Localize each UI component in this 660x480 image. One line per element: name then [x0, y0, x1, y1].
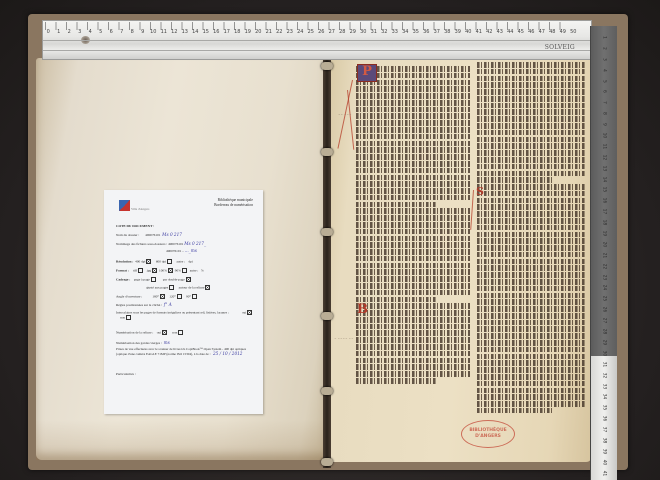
- text-column-right: [477, 62, 585, 416]
- ruler-number: 0: [43, 29, 54, 35]
- prises-paragraph: Prises de vue effectuées avec le scanner…: [116, 347, 254, 356]
- script-line: [477, 150, 585, 156]
- script-line: [477, 293, 585, 299]
- script-line: [477, 306, 585, 312]
- digitization-photo: P S B ~~ ~~~ ~ ~~~~ ~~ BIBLIOTHÈQUE D'AN…: [0, 0, 660, 480]
- ruler-number: 14: [190, 29, 201, 35]
- red-initial: B: [357, 303, 368, 316]
- script-line: [477, 279, 585, 285]
- script-line: [356, 195, 470, 201]
- script-line: [477, 109, 585, 115]
- binding-knot: [321, 62, 333, 70]
- fmt-unit: %: [201, 268, 204, 272]
- cad-binding: autour de la reliure: [179, 285, 205, 289]
- script-line: [356, 236, 470, 242]
- script-line: [356, 290, 470, 296]
- script-line: [356, 371, 470, 377]
- script-line: [477, 103, 585, 109]
- ruler-number: 19: [243, 29, 254, 35]
- ruler-number: 8: [127, 29, 138, 35]
- cadrage-label: Cadrage :: [116, 277, 130, 281]
- ruler-number: 1: [54, 29, 65, 35]
- checkbox-checked: [168, 268, 173, 273]
- fmt-jpg: jpg: [147, 268, 151, 272]
- ruler-number: 12: [169, 29, 180, 35]
- checkbox: [192, 294, 197, 299]
- script-line: [477, 272, 585, 278]
- gardes-row: Numérisation des gardes vierges : ms: [116, 340, 170, 345]
- ruler-number: 22: [274, 29, 285, 35]
- gardes-label: Numérisation des gardes vierges :: [116, 341, 162, 345]
- script-line: [477, 381, 585, 387]
- dossier-label: Nom du dossier :: [116, 233, 139, 237]
- script-line: [356, 256, 470, 262]
- script-line: [356, 141, 470, 147]
- format-label: Format :: [116, 268, 129, 272]
- script-line: [356, 188, 470, 194]
- script-line: [477, 313, 585, 319]
- script-line: [477, 137, 585, 143]
- binding-knot: [321, 387, 333, 395]
- script-line: [477, 177, 553, 183]
- ruler-number: 25: [306, 29, 317, 35]
- naming-code: 490076101: [166, 249, 181, 253]
- ruler-number: 4: [598, 64, 609, 76]
- ruler-number: 29: [348, 29, 359, 35]
- script-line: [477, 401, 585, 407]
- stamp-line-2: D'ANGERS: [462, 434, 514, 440]
- angle-90: 90°: [186, 294, 191, 298]
- script-line: [477, 245, 585, 251]
- ruler-number: 45: [516, 29, 527, 35]
- ruler-number: 39: [453, 29, 464, 35]
- script-line: [356, 249, 470, 255]
- script-line: [477, 198, 585, 204]
- intercal-label: Intercalaires sous les pages de formats …: [116, 310, 229, 314]
- script-line: [356, 93, 470, 99]
- ruler-number: 47: [537, 29, 548, 35]
- ruler-number: 17: [222, 29, 233, 35]
- script-line: [356, 303, 470, 309]
- script-line: [477, 232, 585, 238]
- script-line: [356, 351, 470, 357]
- naming-handwritten: ..._ms: [185, 248, 197, 253]
- script-line: [477, 76, 585, 82]
- ruler-number: 26: [316, 29, 327, 35]
- checkbox: [169, 285, 174, 290]
- non-label: non: [172, 330, 177, 334]
- ruler-number: 3: [75, 29, 86, 35]
- ruler-number: 33: [390, 29, 401, 35]
- script-line: [477, 130, 585, 136]
- cadrage-row-2: ajusté aux pages autour de la reliure: [146, 285, 211, 290]
- checkbox-checked: [186, 277, 191, 282]
- binding-knot: [321, 148, 333, 156]
- ruler-number: 10: [148, 29, 159, 35]
- vertical-ruler: 1234567891011121314151617181920212223242…: [590, 26, 617, 480]
- checkbox-checked: [160, 294, 165, 299]
- script-line: [356, 378, 436, 384]
- intercal-row: Intercalaires sous les pages de formats …: [116, 310, 254, 320]
- naming-handwritten: Ms 0 217_: [184, 241, 206, 246]
- ruler-number: 24: [295, 29, 306, 35]
- checkbox: [138, 268, 143, 273]
- ruler-number: 49: [558, 29, 569, 35]
- script-line: [356, 107, 470, 113]
- ruler-number: 46: [526, 29, 537, 35]
- script-line: [356, 181, 470, 187]
- script-line: [477, 299, 585, 305]
- angle-label: Angle d'ouverture :: [116, 294, 142, 298]
- ruler-number: 13: [180, 29, 191, 35]
- checkbox-checked: [205, 285, 210, 290]
- script-line: [477, 164, 585, 170]
- naming-label: Nommage des fichiers sous-dossiers :: [116, 242, 167, 246]
- ruler-number: 11: [159, 29, 170, 35]
- script-line: [477, 143, 585, 149]
- script-line: [356, 202, 436, 208]
- fmt-other: autre :: [190, 268, 199, 272]
- horizontal-ruler: 0123456789101112131415161718192021222324…: [42, 20, 592, 60]
- ruler-number: 27: [327, 29, 338, 35]
- ruler-number: 20: [253, 29, 264, 35]
- regles-label: Règles positionnées sur le cliché :: [116, 303, 162, 307]
- ruler-groove: [43, 50, 591, 51]
- ruler-number: 13: [598, 162, 609, 174]
- script-line: [477, 123, 585, 129]
- script-line: [356, 317, 470, 323]
- ruler-number: 6: [106, 29, 117, 35]
- particularites-label: Particularités :: [116, 372, 136, 376]
- script-line: [477, 408, 553, 414]
- script-line: [477, 286, 585, 292]
- script-line: [477, 157, 585, 163]
- checkbox-checked: [247, 310, 252, 315]
- script-line: [477, 62, 585, 68]
- script-line: [356, 208, 470, 214]
- capture-date-handwritten: 25 / 10 / 2012: [213, 351, 242, 356]
- red-initial: S: [476, 186, 484, 197]
- ruler-number: 15: [201, 29, 212, 35]
- reliure-row: Numérisation de la reliure : oui non: [116, 330, 184, 335]
- angers-logo-icon: [119, 200, 130, 211]
- binding-knot: [321, 458, 333, 466]
- script-line: [356, 222, 470, 228]
- resolution-label: Résolution :: [116, 259, 133, 263]
- checkbox: [151, 277, 156, 282]
- ruler-number: 31: [369, 29, 380, 35]
- decorated-initial: P: [357, 64, 377, 82]
- ruler-number: 41: [598, 467, 609, 479]
- ruler-number: 4: [85, 29, 96, 35]
- ruler-number: 2: [64, 29, 75, 35]
- script-line: [356, 175, 470, 181]
- ruler-number: 44: [505, 29, 516, 35]
- ruler-number: 30: [358, 29, 369, 35]
- ruler-groove: [43, 40, 591, 41]
- library-stamp: BIBLIOTHÈQUE D'ANGERS: [461, 420, 515, 448]
- ruler-number: 40: [598, 456, 609, 468]
- script-line: [477, 354, 585, 360]
- script-line: [477, 225, 585, 231]
- dossier-row: Nom du dossier : 490076101 Ms 0 217: [116, 232, 182, 237]
- ruler-number: 38: [442, 29, 453, 35]
- non-label: non: [120, 315, 125, 319]
- format-row: Format : tiff jpg 100% 90% autre : %: [116, 268, 204, 273]
- res-unit: dpi: [188, 259, 192, 263]
- script-line: [477, 211, 585, 217]
- cadrage-row: Cadrage : page à page par double-page: [116, 277, 192, 282]
- script-line: [356, 147, 470, 153]
- ruler-number: 28: [337, 29, 348, 35]
- checkbox: [182, 268, 187, 273]
- checkbox-checked: [146, 259, 151, 264]
- script-line: [356, 168, 470, 174]
- script-line: [356, 161, 470, 167]
- script-line: [356, 358, 470, 364]
- script-line: [477, 238, 585, 244]
- script-line: [477, 89, 585, 95]
- script-line: [477, 218, 585, 224]
- ruler-number: 31: [598, 358, 609, 370]
- ruler-number: 9: [138, 29, 149, 35]
- script-line: [356, 269, 470, 275]
- checkbox: [177, 294, 182, 299]
- angle-row: Angle d'ouverture : 180° 120° 90°: [116, 294, 198, 299]
- script-line: [477, 96, 585, 102]
- margin-annotation: ~ ~~~~ ~~: [334, 336, 364, 340]
- script-line: [356, 263, 470, 269]
- regles-handwritten: f° A: [164, 302, 172, 307]
- ruler-number: 41: [474, 29, 485, 35]
- naming-code: 490076101: [168, 242, 183, 246]
- gardes-handwritten: ms: [164, 340, 170, 345]
- script-line: [477, 116, 585, 122]
- res-400: 400 dpi: [135, 259, 145, 263]
- ruler-number: 50: [568, 29, 579, 35]
- script-line: [477, 374, 585, 380]
- digitization-slip: Ville d'Angers Bibliothèque municipale B…: [104, 190, 263, 414]
- ruler-number: 36: [421, 29, 432, 35]
- script-line: [477, 69, 585, 75]
- checkbox-checked: [152, 268, 157, 273]
- ruler-number: 35: [411, 29, 422, 35]
- ruler-number: 37: [432, 29, 443, 35]
- ruler-number: 22: [598, 260, 609, 272]
- script-line: [356, 229, 470, 235]
- cad-double: par double-page: [163, 277, 185, 281]
- fmt-tiff: tiff: [133, 268, 137, 272]
- fmt-100: 100%: [159, 268, 167, 272]
- regles-row: Règles positionnées sur le cliché : f° A: [116, 302, 172, 307]
- script-line: [477, 204, 585, 210]
- script-line: [477, 82, 585, 88]
- ruler-number: 18: [232, 29, 243, 35]
- ruler-numbers: 0123456789101112131415161718192021222324…: [43, 29, 578, 35]
- script-line: [356, 283, 470, 289]
- ruler-number: 12: [598, 151, 609, 163]
- script-line: [356, 242, 470, 248]
- ruler-number: 32: [379, 29, 390, 35]
- cad-page: page à page: [134, 277, 150, 281]
- institution-header: Bibliothèque municipale Bordereau de num…: [214, 198, 253, 208]
- resolution-row: Résolution : 400 dpi 600 dpi autre : dpi: [116, 259, 193, 264]
- text-column-left: [356, 66, 470, 386]
- ruler-number: 16: [211, 29, 222, 35]
- ruler-number: 7: [117, 29, 128, 35]
- res-other: autre :: [176, 259, 185, 263]
- script-line: [356, 310, 470, 316]
- cote-title: COTE DU DOCUMENT :: [116, 224, 154, 228]
- reliure-label: Numérisation de la reliure :: [116, 330, 153, 334]
- script-line: [356, 330, 470, 336]
- ruler-brand: SOLVEIG: [545, 44, 575, 51]
- dossier-code: 490076101: [145, 233, 160, 237]
- dossier-handwritten: Ms 0 217: [162, 232, 182, 237]
- naming-row-2: 490076101 – ..._ms: [166, 248, 197, 253]
- ruler-number: 23: [285, 29, 296, 35]
- ruler-number: 34: [400, 29, 411, 35]
- ruler-number: 21: [264, 29, 275, 35]
- script-line: [356, 100, 470, 106]
- script-line: [477, 171, 585, 177]
- angle-120: 120°: [169, 294, 175, 298]
- checkbox: [167, 259, 172, 264]
- script-line: [477, 388, 585, 394]
- script-line: [356, 344, 470, 350]
- script-line: [477, 252, 585, 258]
- script-line: [477, 347, 585, 353]
- binding-knot: [321, 228, 333, 236]
- spine-binding: [323, 58, 331, 468]
- script-line: [356, 364, 470, 370]
- script-line: [477, 333, 585, 339]
- oui-label: oui: [157, 330, 161, 334]
- script-line: [477, 394, 585, 400]
- res-600: 600 dpi: [156, 259, 166, 263]
- script-line: [356, 337, 470, 343]
- script-line: [356, 276, 470, 282]
- binding-knot: [321, 312, 333, 320]
- script-line: [356, 215, 470, 221]
- script-line: [356, 134, 470, 140]
- slip-subtitle: Bordereau de numérisation: [214, 203, 253, 208]
- ruler-numbers: 1234567891011121314151617181920212223242…: [597, 32, 609, 479]
- fmt-90: 90%: [175, 268, 181, 272]
- ruler-number: 48: [547, 29, 558, 35]
- script-line: [356, 113, 470, 119]
- script-line: [477, 184, 585, 190]
- naming-row: Nommage des fichiers sous-dossiers : 490…: [116, 241, 206, 246]
- script-line: [477, 326, 585, 332]
- checkbox: [126, 315, 131, 320]
- script-line: [356, 127, 470, 133]
- logo-text: Ville d'Angers: [131, 207, 149, 211]
- script-line: [356, 120, 470, 126]
- script-line: [477, 191, 585, 197]
- ruler-number: 43: [495, 29, 506, 35]
- script-line: [356, 324, 470, 330]
- checkbox: [178, 330, 183, 335]
- script-line: [477, 265, 585, 271]
- ruler-number: 3: [598, 53, 609, 65]
- script-line: [477, 320, 585, 326]
- ruler-number: 40: [463, 29, 474, 35]
- angle-180: 180°: [152, 294, 158, 298]
- ruler-number: 32: [598, 369, 609, 381]
- script-line: [356, 154, 470, 160]
- ruler-number: 42: [484, 29, 495, 35]
- ruler-number: 5: [96, 29, 107, 35]
- script-line: [477, 367, 585, 373]
- script-line: [356, 86, 470, 92]
- oui-label: oui: [242, 310, 246, 314]
- script-line: [477, 259, 585, 265]
- checkbox-checked: [162, 330, 167, 335]
- script-line: [477, 340, 585, 346]
- script-line: [477, 360, 585, 366]
- cad-adjusted: ajusté aux pages: [146, 285, 168, 289]
- margin-annotation: ~~ ~~~: [338, 112, 368, 116]
